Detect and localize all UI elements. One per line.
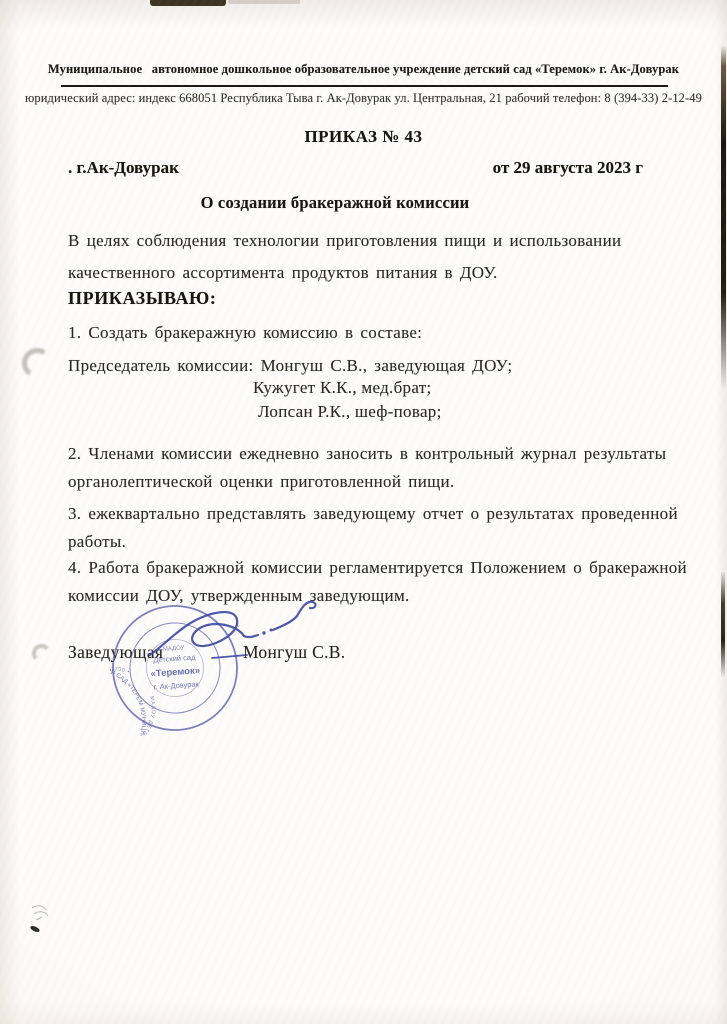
commission-member-1: Кужугет К.К., мед.брат;	[253, 378, 432, 398]
commission-chair-line: Председатель комиссии: Монгуш С.В., заве…	[68, 353, 512, 379]
order-point-1: 1. Создать бракеражную комиссию в состав…	[68, 320, 422, 346]
hole-punch-shadow-upper	[20, 346, 55, 381]
signature-underline	[212, 655, 247, 658]
order-title: ПРИКАЗ № 43	[0, 127, 727, 147]
order-point-2-line-2: органолептической оценки приготовленной …	[68, 469, 454, 495]
order-point-3-line-2: работы.	[68, 529, 126, 555]
order-point-3-line-1: 3. ежеквартально представлять заведующем…	[68, 501, 678, 527]
scan-artifact-right-edge-lower	[721, 572, 725, 678]
signature-ink-dot-2	[270, 629, 273, 632]
order-point-2-line-1: 2. Членами комиссии ежедневно заносить в…	[68, 441, 666, 467]
letterhead-organization-name: Муниципальное автономное дошкольное обра…	[0, 61, 727, 77]
scan-artifact-top-smudge	[228, 0, 300, 4]
preamble-line-2: качественного ассортимента продуктов пит…	[68, 260, 498, 286]
signature-stroke-tail	[273, 602, 316, 630]
letterhead-address-line: юридический адрес: индекс 668051 Республ…	[0, 90, 727, 106]
signature-ink	[140, 595, 330, 675]
order-point-4-line-1: 4. Работа бракеражной комиссии регламент…	[68, 555, 687, 581]
letterhead-divider	[61, 85, 668, 87]
pencil-scribble-mark	[24, 898, 68, 942]
scan-artifact-top-bar	[150, 0, 226, 6]
commission-member-2: Лопсан Р.К., шеф-повар;	[258, 402, 442, 422]
signature-ink-dot-1	[262, 631, 265, 634]
scribble-stroke	[32, 906, 48, 920]
order-date: от 29 августа 2023 г	[420, 158, 643, 178]
ink-speck	[29, 925, 40, 934]
scanned-document: Муниципальное автономное дошкольное обра…	[0, 0, 727, 1024]
order-subject: О создании бракеражной комиссии	[0, 193, 670, 213]
hole-punch-shadow-middle	[31, 643, 52, 664]
stamp-center-line-4: г. Ак-Довурак	[153, 679, 199, 691]
order-city: . г.Ак-Довурак	[68, 158, 179, 178]
preamble-line-1: В целях соблюдения технологии приготовле…	[68, 228, 621, 254]
signature-stroke-main	[150, 612, 258, 655]
decree-word: ПРИКАЗЫВАЮ:	[68, 288, 217, 309]
